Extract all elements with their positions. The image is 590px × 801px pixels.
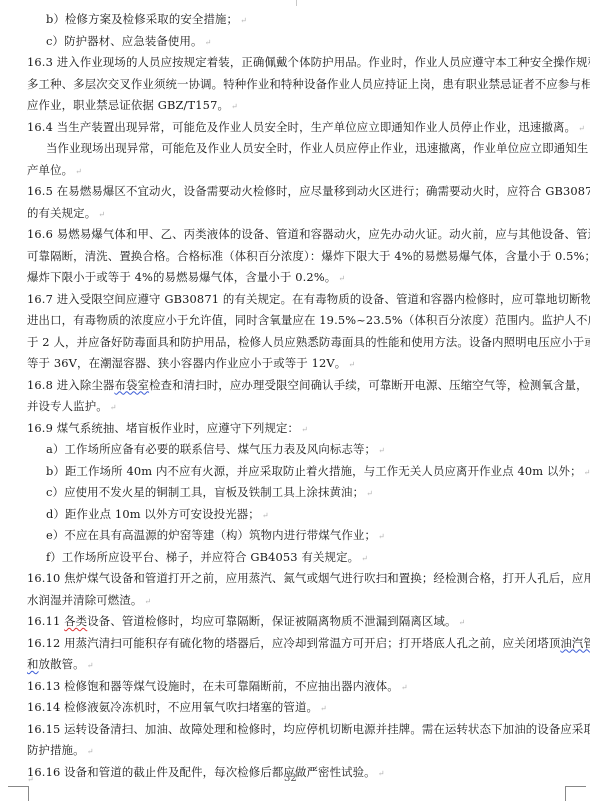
line-text: 16.14 检修液氨冷冻机时，不应用氧气吹扫堵塞的管道。 [27, 700, 318, 714]
paragraph-mark-icon: ↵ [231, 102, 238, 111]
text-line: 16.11 各类设备、管道检修时，均应可靠隔断，保证被隔离物质不泄漏到隔离区域。… [27, 611, 563, 633]
line-text: b）检修方案及检修采取的安全措施； [46, 12, 238, 26]
line-text: 放散管。 [39, 657, 85, 671]
line-text: 16.7 进入受限空间应遵守 GB30871 的有关规定。在有毒物质的设备、管道… [27, 292, 590, 306]
text-line: 爆炸下限小于或等于 4%的易燃易爆气体，含量小于 0.2%。↵ [27, 267, 563, 289]
text-line: a）工作场所应备有必要的联系信号、煤气压力表及风向标志等；↵ [27, 439, 563, 461]
paragraph-mark-icon: ↵ [262, 511, 269, 520]
text-line: 进出口，有毒物质的浓度应小于允许值，同时含氧量应在 19.5%~23.5%（体积… [27, 310, 563, 332]
page-number: 32 [284, 773, 297, 784]
line-text: a）工作场所应备有必要的联系信号、煤气压力表及风向标志等； [46, 442, 376, 456]
line-text: 16.12 用蒸汽清扫可能积存有硫化物的塔器后，应冷却到常温方可开启；打开塔底人… [27, 636, 560, 650]
line-text: 的有关规定。 [27, 206, 96, 220]
paragraph-mark-icon: ↵ [87, 661, 94, 670]
paragraph-mark-icon: ↵ [320, 704, 327, 713]
line-text: c）应使用不发火星的铜制工具，盲板及铁制工具上涂抹黄油； [46, 485, 364, 499]
line-text: 产单位。 [27, 163, 73, 177]
paragraph-mark-icon: ↵ [98, 210, 105, 219]
line-text: 16.3 进入作业现场的人员应按规定着装，正确佩戴个体防护用品。作业时，作业人员… [27, 55, 590, 69]
paragraph-mark-icon: ↵ [378, 532, 385, 541]
text-line: 16.7 进入受限空间应遵守 GB30871 的有关规定。在有毒物质的设备、管道… [27, 289, 563, 311]
line-text: 应作业，职业禁忌证依据 GBZ/T157。 [27, 98, 229, 112]
line-text: 16.11 [27, 614, 64, 628]
paragraph-mark-icon: ↵ [378, 446, 385, 455]
line-text: 爆炸下限小于或等于 4%的易燃易爆气体，含量小于 0.2%。 [27, 270, 336, 284]
text-line: 16.4 当生产装置出现异常，可能危及作业人员安全时，生产单位应立即通知作业人员… [27, 117, 563, 139]
text-line: 16.15 运转设备清扫、加油、故障处理和检修时，均应停机切断电源并挂牌。需在运… [27, 719, 563, 741]
line-text: 可靠隔断，清洗、置换合格。合格标准（体积百分浓度）：爆炸下限大于 4%的易燃易爆… [27, 249, 590, 263]
text-line: 16.5 在易燃易爆区不宜动火，设备需要动火检修时，应尽量移到动火区进行；确需要… [27, 181, 563, 203]
text-line: 等于 36V，在潮湿容器、狭小容器内作业应小于或等于 12V。↵ [27, 353, 563, 375]
line-text: 16.5 在易燃易爆区不宜动火，设备需要动火检修时，应尽量移到动火区进行；确需要… [27, 184, 590, 198]
paragraph-mark-icon: ↵ [301, 425, 308, 434]
paragraph-mark-icon: ↵ [27, 775, 34, 784]
grammar-underline[interactable]: 布袋室 [114, 378, 149, 392]
text-line: 16.8 进入除尘器布袋室检查和清扫时，应办理受限空间确认手续，可靠断开电源、压… [27, 375, 563, 397]
text-line: 16.13 检修饱和器等煤气设施时，在未可靠隔断前，不应抽出器内液体。↵ [27, 676, 563, 698]
paragraph-mark-icon: ↵ [87, 747, 94, 756]
crop-mark-bottom-right [565, 786, 586, 801]
text-line: d）距作业点 10m 以外方可安设投光器；↵ [27, 504, 563, 526]
paragraph-mark-icon: ↵ [578, 124, 585, 133]
line-text: 设备、管道检修时，均应可靠隔断，保证被隔离物质不泄漏到隔离区域。 [87, 614, 456, 628]
header-margin-mark [296, 0, 297, 6]
text-line: e）不应在具有高温源的炉窑等建（构）筑物内进行带煤气作业；↵ [27, 525, 563, 547]
line-text: c）防护器材、应急装备使用。 [46, 34, 203, 48]
line-text: 16.6 易燃易爆气体和甲、乙、丙类液体的设备、管道和容器动火，应先办动火证。动… [27, 227, 590, 241]
text-line: 16.14 检修液氨冷冻机时，不应用氧气吹扫堵塞的管道。↵ [27, 697, 563, 719]
line-text: b）距工作场所 40m 内不应有火源，并应采取防止着火措施，与工作无关人员应离开… [46, 464, 582, 478]
paragraph-mark-icon: ↵ [205, 38, 212, 47]
line-text: 防护措施。 [27, 743, 85, 757]
grammar-underline[interactable]: 和 [27, 657, 39, 671]
text-line: c）应使用不发火星的铜制工具，盲板及铁制工具上涂抹黄油；↵ [27, 482, 563, 504]
text-line: 当作业现场出现异常，可能危及作业人员安全时，作业人员应停止作业，迅速撤离，作业单… [27, 138, 563, 160]
line-text: 16.13 检修饱和器等煤气设施时，在未可靠隔断前，不应抽出器内液体。 [27, 679, 399, 693]
text-line: 16.12 用蒸汽清扫可能积存有硫化物的塔器后，应冷却到常温方可开启；打开塔底人… [27, 633, 563, 655]
line-text: 检查和清扫时，应办理受限空间确认手续，可靠断开电源、压缩空气等，检测氧含量， [149, 378, 588, 392]
paragraph-mark-icon: ↵ [338, 274, 345, 283]
text-line: f）工作场所应设平台、梯子，并应符合 GB4053 有关规定。↵ [27, 547, 563, 569]
line-text: e）不应在具有高温源的炉窑等建（构）筑物内进行带煤气作业； [46, 528, 376, 542]
paragraph-mark-icon: ↵ [378, 769, 385, 778]
line-text: 并设专人监护。 [27, 399, 108, 413]
document-body[interactable]: b）检修方案及检修采取的安全措施；↵c）防护器材、应急装备使用。↵16.3 进入… [27, 9, 563, 783]
text-line: 16.6 易燃易爆气体和甲、乙、丙类液体的设备、管道和容器动火，应先办动火证。动… [27, 224, 563, 246]
line-text: 16.8 进入除尘器 [27, 378, 114, 392]
text-line: 和放散管。↵ [27, 654, 563, 676]
line-text: 进出口，有毒物质的浓度应小于允许值，同时含氧量应在 19.5%~23.5%（体积… [27, 313, 590, 327]
text-line: 于 2 人，并应备好防毒面具和防护用品，检修人员应熟悉防毒面具的性能和使用方法。… [27, 332, 563, 354]
paragraph-mark-icon: ↵ [459, 618, 466, 627]
text-line: b）距工作场所 40m 内不应有火源，并应采取防止着火措施，与工作无关人员应离开… [27, 461, 563, 483]
line-text: 16.10 焦炉煤气设备和管道打开之前，应用蒸汽、氮气或烟气进行吹扫和置换；经检… [27, 571, 590, 585]
text-line: 可靠隔断，清洗、置换合格。合格标准（体积百分浓度）：爆炸下限大于 4%的易燃易爆… [27, 246, 563, 268]
line-text: d）距作业点 10m 以外方可安设投光器； [46, 507, 260, 521]
line-text: 16.9 煤气系统抽、堵盲板作业时，应遵守下列规定： [27, 421, 299, 435]
document-page: b）检修方案及检修采取的安全措施；↵c）防护器材、应急装备使用。↵16.3 进入… [0, 0, 590, 801]
line-text: 16.15 运转设备清扫、加油、故障处理和检修时，均应停机切断电源并挂牌。需在运… [27, 722, 590, 736]
line-text: 于 2 人，并应备好防毒面具和防护用品，检修人员应熟悉防毒面具的性能和使用方法。… [27, 335, 590, 349]
text-line: 多工种、多层次交叉作业须统一协调。特种作业和特种设备作业人员应持证上岗，患有职业… [27, 74, 563, 96]
paragraph-mark-icon: ↵ [144, 597, 151, 606]
text-line: 应作业，职业禁忌证依据 GBZ/T157。↵ [27, 95, 563, 117]
text-line: 防护措施。↵ [27, 740, 563, 762]
paragraph-mark-icon: ↵ [361, 554, 368, 563]
paragraph-mark-icon: ↵ [75, 167, 82, 176]
paragraph-mark-icon: ↵ [366, 489, 373, 498]
text-line: 产单位。↵ [27, 160, 563, 182]
paragraph-mark-icon: ↵ [584, 468, 590, 477]
line-text: 多工种、多层次交叉作业须统一协调。特种作业和特种设备作业人员应持证上岗，患有职业… [27, 77, 590, 91]
paragraph-mark-icon: ↵ [401, 683, 408, 692]
text-line: 水润湿并清除可燃渣。↵ [27, 590, 563, 612]
text-line: 并设专人监护。↵ [27, 396, 563, 418]
paragraph-mark-icon: ↵ [110, 403, 117, 412]
line-text: 等于 36V，在潮湿容器、狭小容器内作业应小于或等于 12V。 [27, 356, 346, 370]
line-text: 当作业现场出现异常，可能危及作业人员安全时，作业人员应停止作业，迅速撤离，作业单… [46, 141, 588, 155]
spelling-underline[interactable]: 各类 [64, 614, 87, 628]
line-text: 16.16 设备和管道的截止件及配件，每次检修后都应做严密性试验。 [27, 765, 376, 779]
grammar-underline[interactable]: 油汽管 [560, 636, 590, 650]
text-line: 16.10 焦炉煤气设备和管道打开之前，应用蒸汽、氮气或烟气进行吹扫和置换；经检… [27, 568, 563, 590]
line-text: 16.4 当生产装置出现异常，可能危及作业人员安全时，生产单位应立即通知作业人员… [27, 120, 576, 134]
text-line: 16.9 煤气系统抽、堵盲板作业时，应遵守下列规定：↵ [27, 418, 563, 440]
crop-mark-bottom-left [8, 786, 29, 801]
paragraph-mark-icon: ↵ [348, 360, 355, 369]
paragraph-mark-icon: ↵ [240, 16, 247, 25]
line-text: f）工作场所应设平台、梯子，并应符合 GB4053 有关规定。 [46, 550, 359, 564]
text-line: b）检修方案及检修采取的安全措施；↵ [27, 9, 563, 31]
text-line: 的有关规定。↵ [27, 203, 563, 225]
text-line: 16.3 进入作业现场的人员应按规定着装，正确佩戴个体防护用品。作业时，作业人员… [27, 52, 563, 74]
line-text: 水润湿并清除可燃渣。 [27, 593, 142, 607]
text-line: c）防护器材、应急装备使用。↵ [27, 31, 563, 53]
